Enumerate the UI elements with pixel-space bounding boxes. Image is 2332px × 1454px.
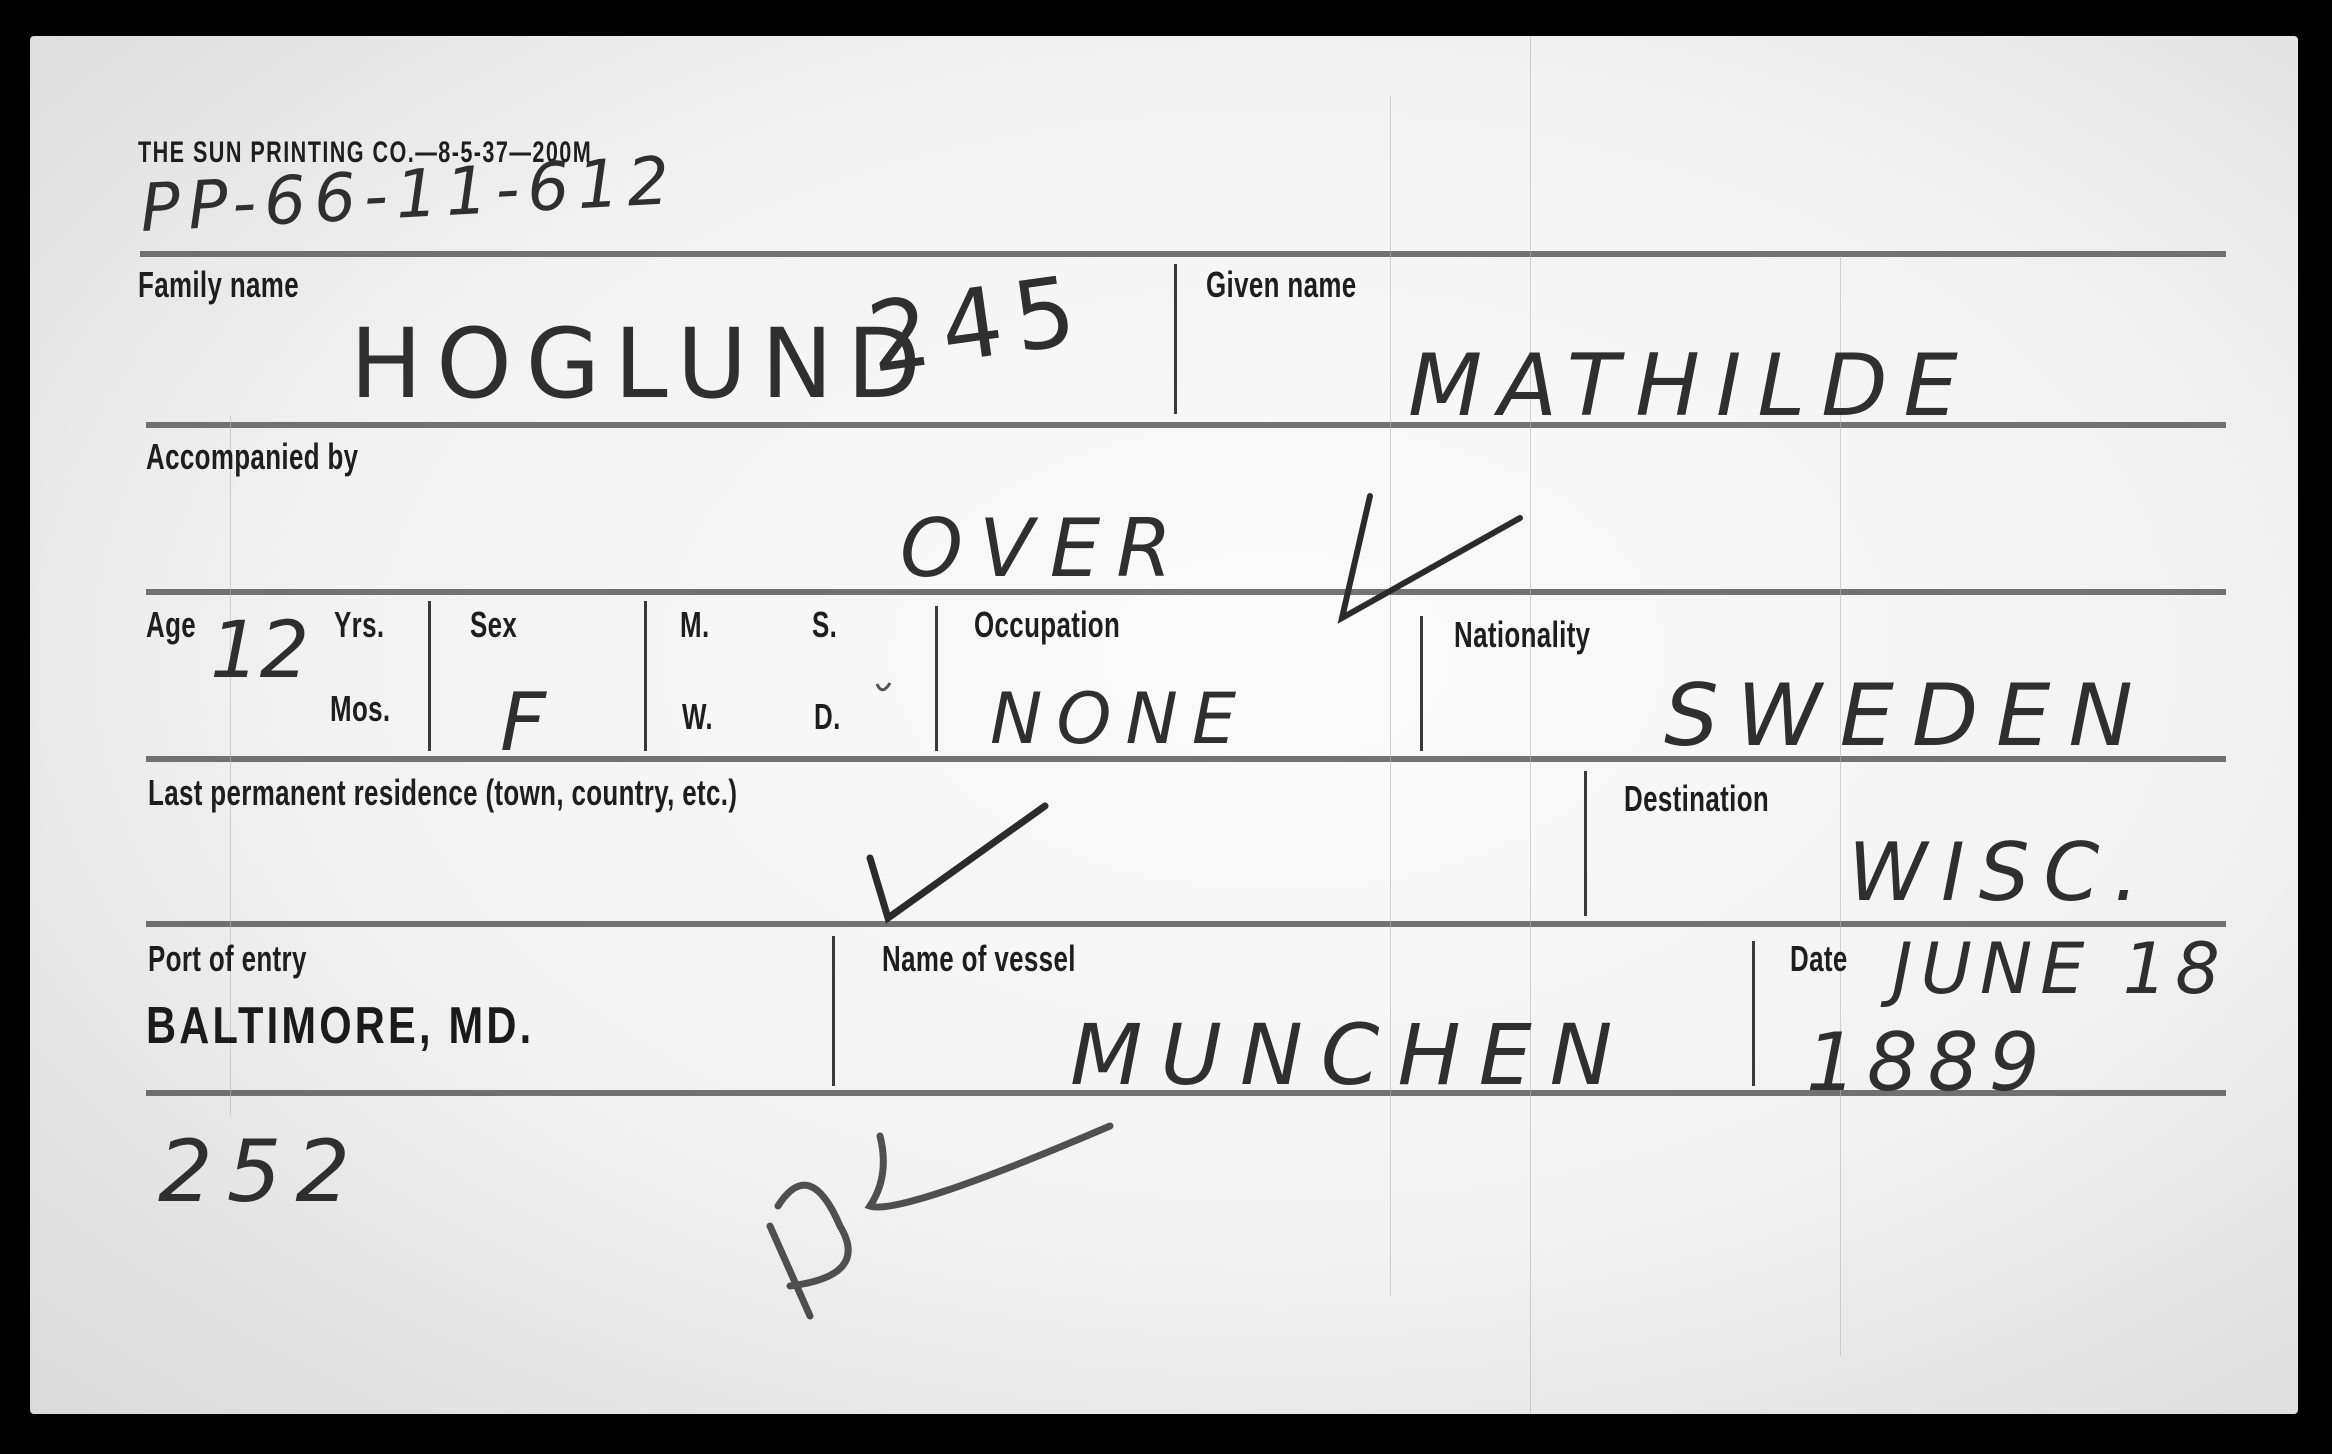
film-streak bbox=[1390, 96, 1391, 1296]
divider-family-given bbox=[1174, 264, 1177, 414]
divider-age-sex bbox=[428, 601, 431, 751]
divider-marital-occupation bbox=[935, 606, 938, 751]
date-value-line1: JUNE 18 bbox=[1892, 928, 2228, 1010]
nationality-value: SWEDEN bbox=[1664, 666, 2151, 766]
date-value-line2: 1889 bbox=[1806, 1016, 2050, 1109]
last-residence-label: Last permanent residence (town, country,… bbox=[148, 772, 737, 814]
occupation-value: NONE bbox=[990, 678, 1250, 760]
tick-mark-icon bbox=[874, 680, 894, 700]
film-streak bbox=[1530, 36, 1531, 1414]
sex-label: Sex bbox=[470, 604, 517, 646]
port-of-entry-value: BALTIMORE, MD. bbox=[146, 996, 534, 1056]
divider-residence-destination bbox=[1584, 771, 1587, 916]
destination-label: Destination bbox=[1624, 778, 1769, 820]
age-label: Age bbox=[146, 604, 196, 646]
date-label: Date bbox=[1790, 938, 1848, 980]
age-value: 12 bbox=[210, 606, 309, 696]
divider-occupation-nationality bbox=[1420, 616, 1423, 751]
given-name-value: MATHILDE bbox=[1408, 336, 1974, 436]
handwritten-initials-icon bbox=[750, 1116, 1130, 1316]
marital-d-label: D. bbox=[814, 696, 841, 738]
divider-vessel-date bbox=[1752, 941, 1755, 1086]
family-name-annotation: 245 bbox=[861, 253, 1094, 394]
destination-value: WISC. bbox=[1848, 826, 2153, 919]
divider-port-vessel bbox=[832, 936, 835, 1086]
marital-m-label: M. bbox=[680, 604, 710, 646]
sex-value: F bbox=[500, 676, 546, 769]
accompanied-by-value: OVER bbox=[900, 502, 1188, 595]
vessel-value: MUNCHEN bbox=[1070, 1006, 1631, 1104]
family-name-label: Family name bbox=[138, 264, 299, 306]
age-mos-label: Mos. bbox=[330, 688, 390, 730]
marital-w-label: W. bbox=[682, 696, 713, 738]
nationality-label: Nationality bbox=[1454, 614, 1590, 656]
port-of-entry-label: Port of entry bbox=[148, 938, 307, 980]
marital-s-label: S. bbox=[812, 604, 837, 646]
footer-number: 252 bbox=[158, 1122, 364, 1222]
check-mark-icon bbox=[1330, 476, 1530, 636]
immigration-index-card: THE SUN PRINTING CO.—8-5-37—200M PP-66-1… bbox=[30, 36, 2298, 1414]
given-name-label: Given name bbox=[1206, 264, 1357, 306]
accompanied-by-label: Accompanied by bbox=[146, 436, 358, 478]
rule-1 bbox=[140, 251, 2226, 257]
divider-sex-marital bbox=[644, 601, 647, 751]
occupation-label: Occupation bbox=[974, 604, 1120, 646]
rule-5 bbox=[146, 921, 2226, 927]
age-yrs-label: Yrs. bbox=[334, 604, 384, 646]
vessel-label: Name of vessel bbox=[882, 938, 1076, 980]
family-name-value: HOGLUND bbox=[350, 308, 935, 420]
